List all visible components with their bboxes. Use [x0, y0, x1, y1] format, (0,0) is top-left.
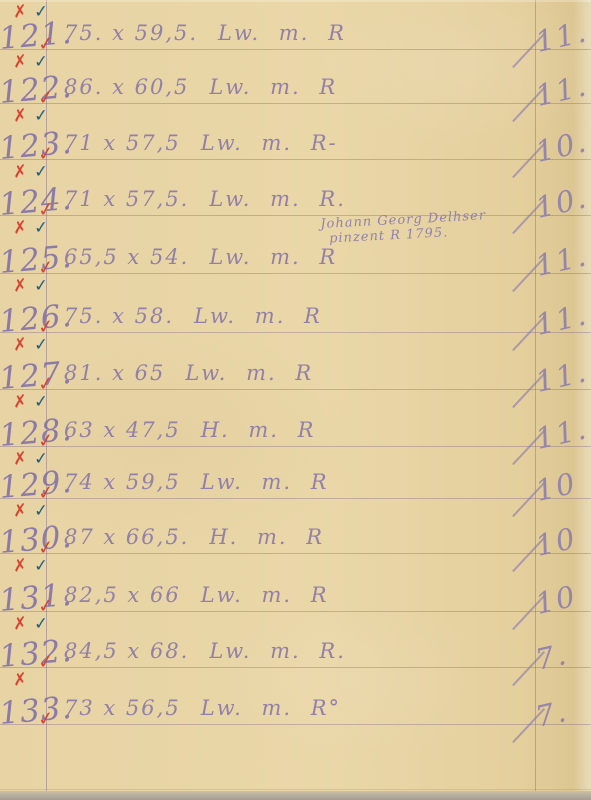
row-entry: 74 x 59,5Lw. m. R — [64, 470, 329, 494]
row-marks: ✗✓ — [13, 276, 49, 296]
check-mark-icon: ✓ — [34, 52, 50, 73]
check-mark-icon: ✓ — [34, 501, 50, 522]
dimensions-text: 73 x 56,5 — [64, 696, 181, 720]
ledger-row: ✗✓ 121. ✓ 75. x 59,5.Lw. m. R 11. — [0, 0, 591, 50]
dimensions-text: 75. x 58. — [64, 304, 174, 328]
row-marks: ✗✓ — [13, 162, 49, 182]
dimensions-text: 71 x 57,5 — [64, 131, 181, 155]
row-marks: ✗ — [13, 670, 27, 690]
dimensions-text: 87 x 66,5. — [64, 525, 189, 549]
ledger-row: ✗✓ 125. ✓ 65,5 x 54.Lw. m. R 11. Johann … — [0, 216, 591, 274]
row-entry: 65,5 x 54.Lw. m. R — [64, 245, 337, 269]
check-mark-icon: ✓ — [34, 556, 50, 577]
row-entry: 86. x 60,5Lw. m. R — [64, 75, 337, 99]
x-mark-icon: ✗ — [12, 161, 28, 182]
x-mark-icon: ✗ — [12, 500, 28, 521]
ledger-row: ✗✓ 129. ✓ 74 x 59,5Lw. m. R 10 — [0, 447, 591, 499]
row-entry: 84,5 x 68.Lw. m. R. — [64, 639, 346, 663]
check-mark-icon: ✓ — [34, 106, 50, 127]
ledger-page: ✗✓ 121. ✓ 75. x 59,5.Lw. m. R 11. ✗✓ 122… — [0, 0, 591, 800]
check-mark-icon: ✓ — [34, 276, 50, 297]
ledger-row: ✗✓ 132. ✓ 84,5 x 68.Lw. m. R. 7. — [0, 612, 591, 668]
x-mark-icon: ✗ — [12, 391, 28, 412]
dimensions-text: 81. x 65 — [64, 361, 165, 385]
ledger-row: ✗✓ 122. ✓ 86. x 60,5Lw. m. R 11. — [0, 50, 591, 104]
dimensions-text: 63 x 47,5 — [64, 418, 181, 442]
red-check-icon: ✓ — [37, 707, 56, 731]
row-marks: ✗✓ — [13, 392, 49, 412]
ledger-row: ✗✓ 123. ✓ 71 x 57,5Lw. m. R- 10. — [0, 104, 591, 160]
row-marks: ✗✓ — [13, 335, 49, 355]
material-text: Lw. m. R. — [209, 639, 346, 663]
row-marks: ✗✓ — [13, 501, 49, 521]
check-mark-icon: ✓ — [34, 162, 50, 183]
row-marks: ✗✓ — [13, 52, 49, 72]
dimensions-text: 84,5 x 68. — [64, 639, 189, 663]
check-mark-icon: ✓ — [34, 614, 50, 635]
ledger-row: ✗✓ 130. ✓ 87 x 66,5.H. m. R 10 — [0, 499, 591, 554]
row-entry: 71 x 57,5.Lw. m. R. — [64, 187, 346, 211]
check-mark-icon: ✓ — [34, 218, 50, 239]
material-text: H. m. R — [201, 418, 316, 442]
x-mark-icon: ✗ — [12, 217, 28, 238]
row-marks: ✗✓ — [13, 556, 49, 576]
row-entry: 63 x 47,5H. m. R — [64, 418, 315, 442]
x-mark-icon: ✗ — [12, 275, 28, 296]
dimensions-text: 82,5 x 66 — [64, 583, 181, 607]
row-entry: 82,5 x 66Lw. m. R — [64, 583, 329, 607]
x-mark-icon: ✗ — [12, 613, 28, 634]
row-rule-bottom — [0, 789, 591, 790]
x-mark-icon: ✗ — [12, 555, 28, 576]
material-text: Lw. m. R — [194, 304, 322, 328]
material-text: Lw. m. R — [209, 75, 337, 99]
row-entry: 73 x 56,5Lw. m. R° — [64, 696, 341, 720]
ledger-row: ✗✓ 126. ✓ 75. x 58.Lw. m. R 11. — [0, 274, 591, 333]
page-bottom-edge — [0, 791, 591, 800]
row-marks: ✗✓ — [13, 218, 49, 238]
material-text: Lw. m. R — [218, 21, 346, 45]
row-entry: 87 x 66,5.H. m. R — [64, 525, 324, 549]
ledger-row: ✗✓ 128. ✓ 63 x 47,5H. m. R 11. — [0, 390, 591, 447]
dimensions-text: 71 x 57,5. — [64, 187, 189, 211]
material-text: Lw. m. R — [185, 361, 313, 385]
x-mark-icon: ✗ — [12, 51, 28, 72]
row-marks: ✗✓ — [13, 614, 49, 634]
material-text: Lw. m. R- — [201, 131, 338, 155]
row-entry: 71 x 57,5Lw. m. R- — [64, 131, 338, 155]
row-rule — [0, 724, 591, 725]
ledger-row: ✗✓ 127. ✓ 81. x 65Lw. m. R 11. — [0, 333, 591, 390]
check-mark-icon: ✓ — [34, 392, 50, 413]
row-entry: 75. x 59,5.Lw. m. R — [64, 21, 346, 45]
material-text: Lw. m. R° — [201, 696, 341, 720]
material-text: Lw. m. R. — [209, 187, 346, 211]
dimensions-text: 86. x 60,5 — [64, 75, 189, 99]
dimensions-text: 65,5 x 54. — [64, 245, 189, 269]
material-text: Lw. m. R — [209, 245, 337, 269]
x-mark-icon: ✗ — [12, 334, 28, 355]
dimensions-text: 75. x 59,5. — [64, 21, 198, 45]
material-text: Lw. m. R — [201, 470, 329, 494]
ledger-row: ✗ 133. ✓ 73 x 56,5Lw. m. R° 7. — [0, 668, 591, 725]
dimensions-text: 74 x 59,5 — [64, 470, 181, 494]
row-marks: ✗✓ — [13, 106, 49, 126]
row-entry: 81. x 65Lw. m. R — [64, 361, 313, 385]
material-text: H. m. R — [209, 525, 324, 549]
ledger-row: ✗✓ 124. ✓ 71 x 57,5.Lw. m. R. 10. — [0, 160, 591, 216]
x-mark-icon: ✗ — [12, 105, 28, 126]
ledger-row: ✗✓ 131. ✓ 82,5 x 66Lw. m. R 10 — [0, 554, 591, 612]
value-number: 7. — [532, 694, 571, 734]
row-entry: 75. x 58.Lw. m. R — [64, 304, 322, 328]
x-mark-icon: ✗ — [12, 669, 28, 690]
x-mark-icon: ✗ — [12, 448, 28, 469]
check-mark-icon: ✓ — [34, 335, 50, 356]
material-text: Lw. m. R — [201, 583, 329, 607]
